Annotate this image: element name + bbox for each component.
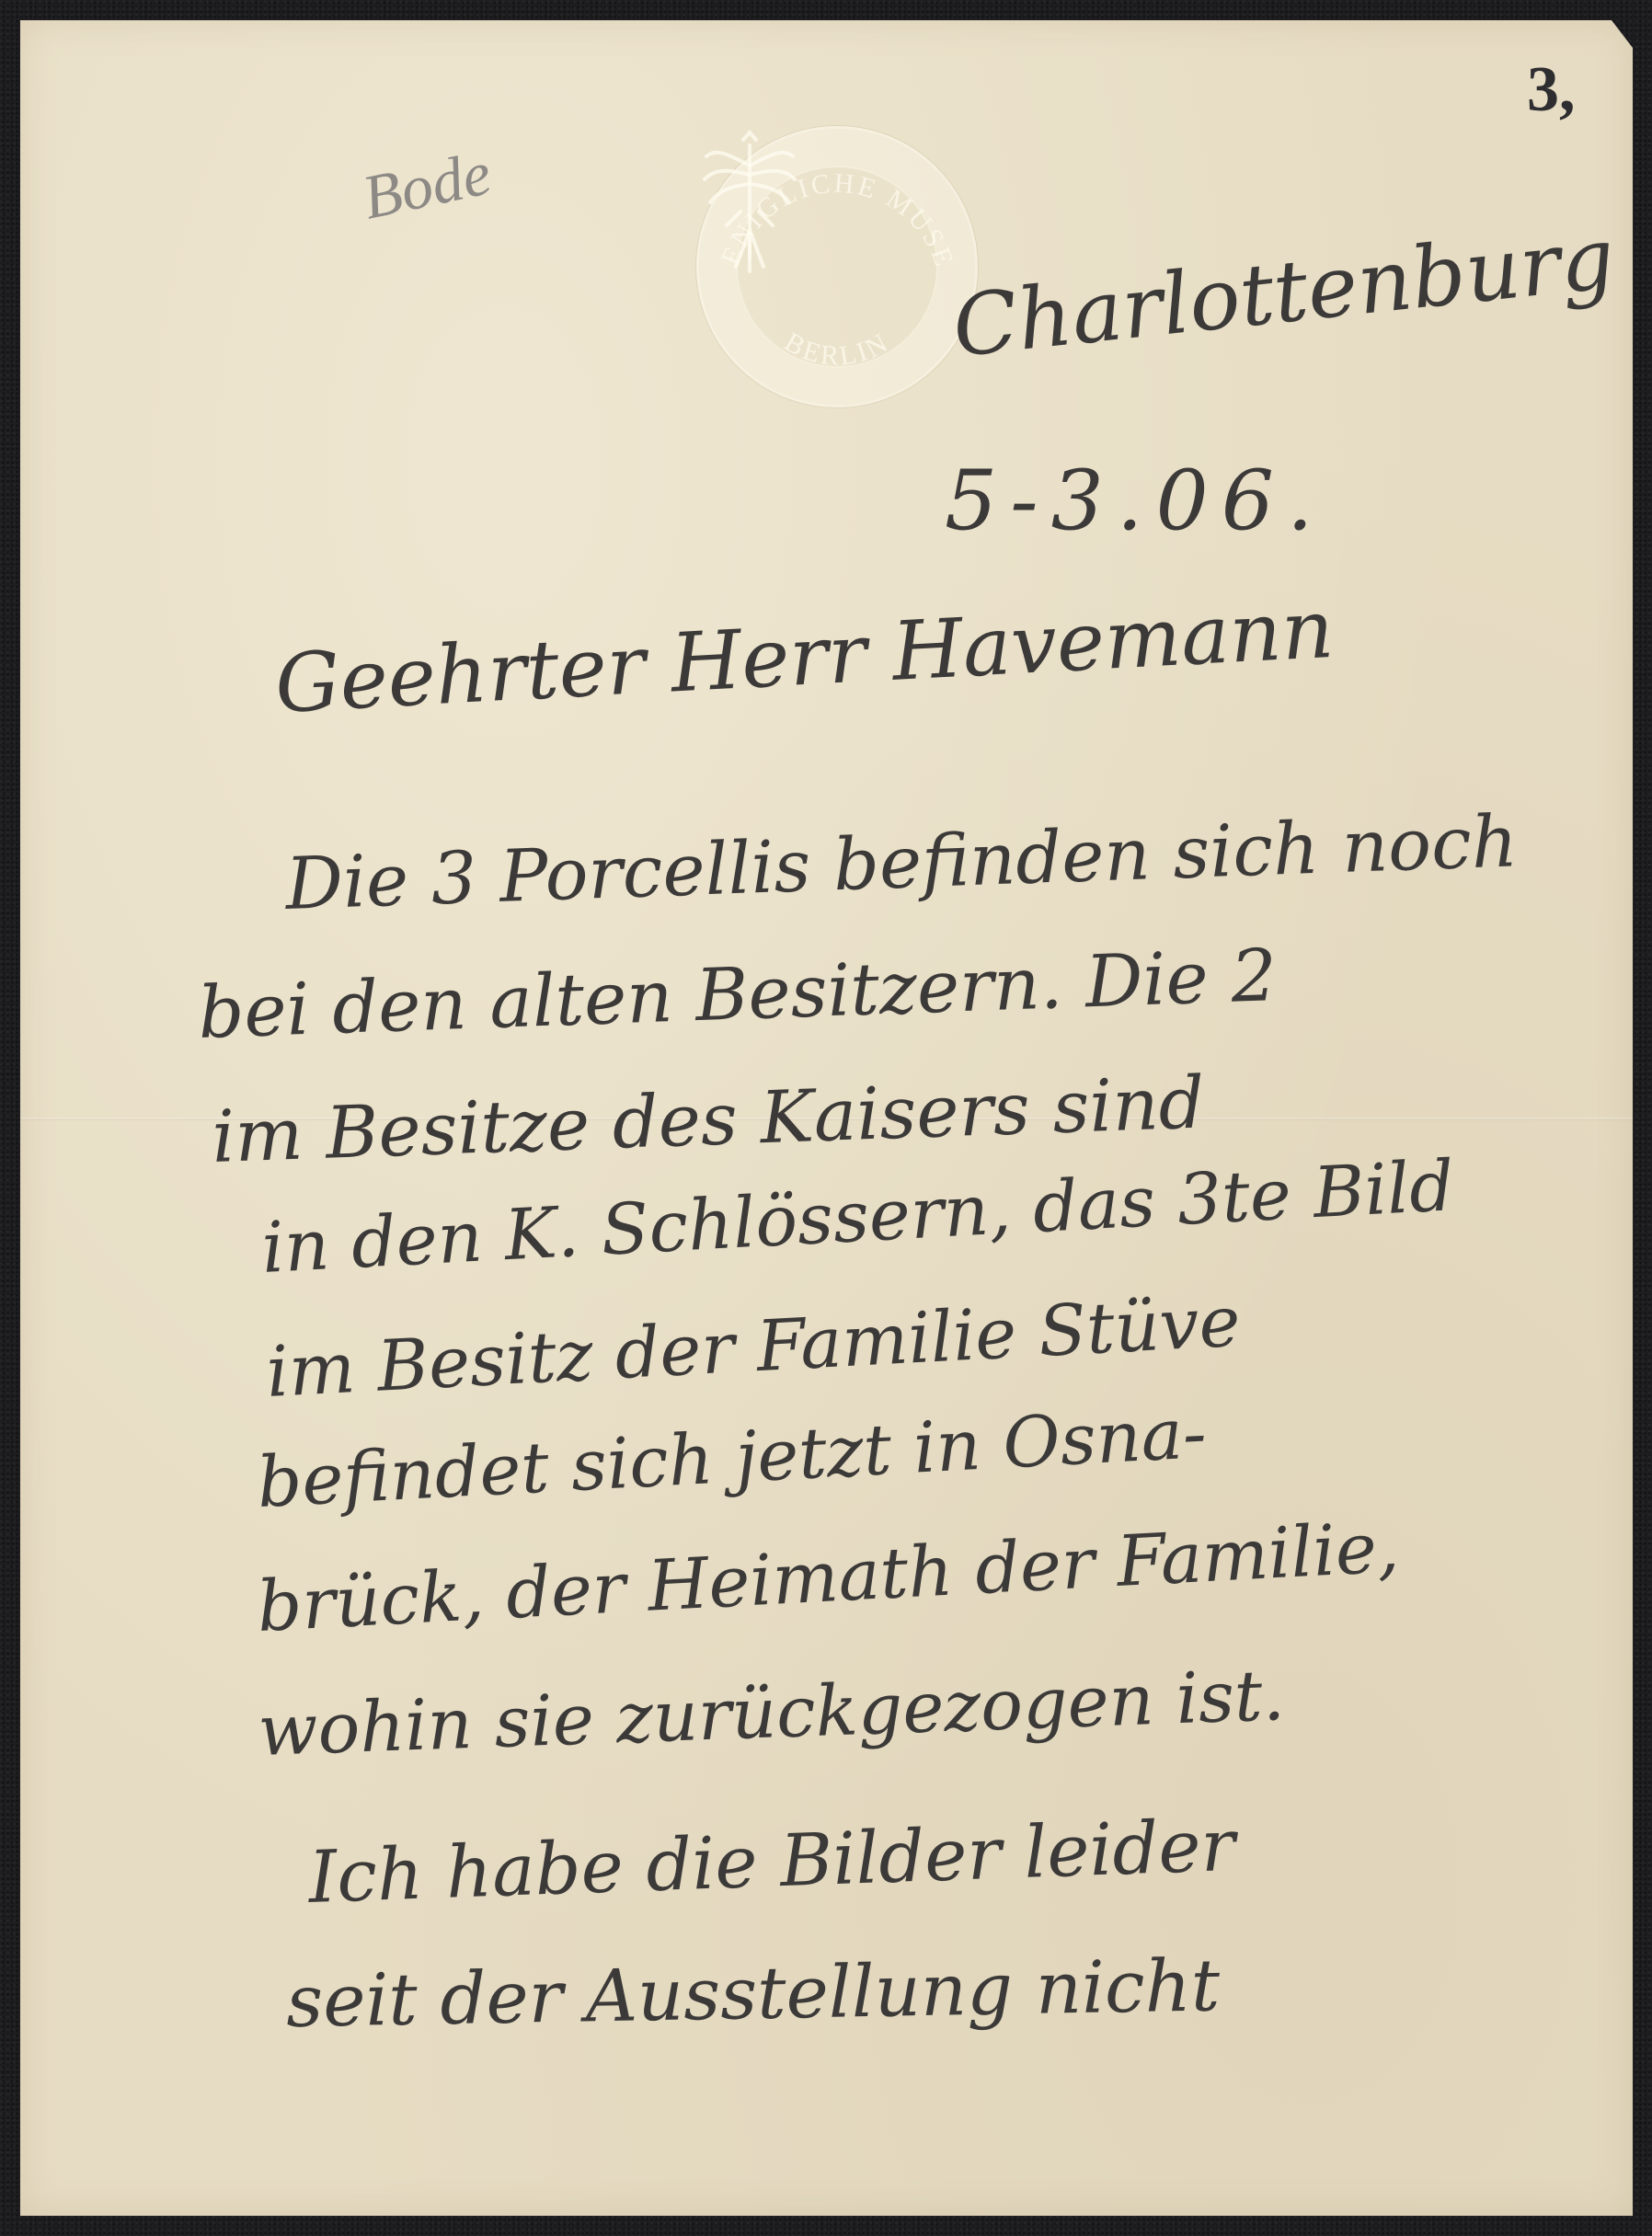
body-line-3: im Besitze des Kaisers sind — [211, 1061, 1206, 1179]
body-line-5: im Besitz der Familie Stüve — [264, 1280, 1242, 1413]
place-line: Charlottenburg — [948, 209, 1619, 376]
body-line-9: Ich habe die Bilder leider — [307, 1805, 1236, 1920]
date-line: 5-3.06. — [945, 453, 1326, 549]
salutation: Geehrter Herr Havemann — [273, 581, 1337, 731]
eagle-icon — [699, 129, 800, 276]
body-line-7: brück, der Heimath der Familie, — [255, 1506, 1401, 1647]
body-line-6: befindet sich jetzt in Osna- — [255, 1392, 1208, 1523]
page-number: 3, — [1527, 53, 1576, 127]
body-line-1: Die 3 Porcellis befinden sich noch — [284, 800, 1520, 926]
body-line-10: seit der Ausstellung nicht — [285, 1944, 1221, 2044]
body-line-8: wohin sie zurückgezogen ist. — [257, 1654, 1286, 1772]
letter-page: KOENIGLICHE MUSEEN BERLIN 3, Bode Charlo… — [20, 20, 1633, 2216]
pencil-note: Bode — [356, 136, 497, 234]
embossed-seal: KOENIGLICHE MUSEEN BERLIN — [696, 126, 978, 407]
body-line-2: bei den alten Besitzern. Die 2 — [197, 935, 1279, 1055]
